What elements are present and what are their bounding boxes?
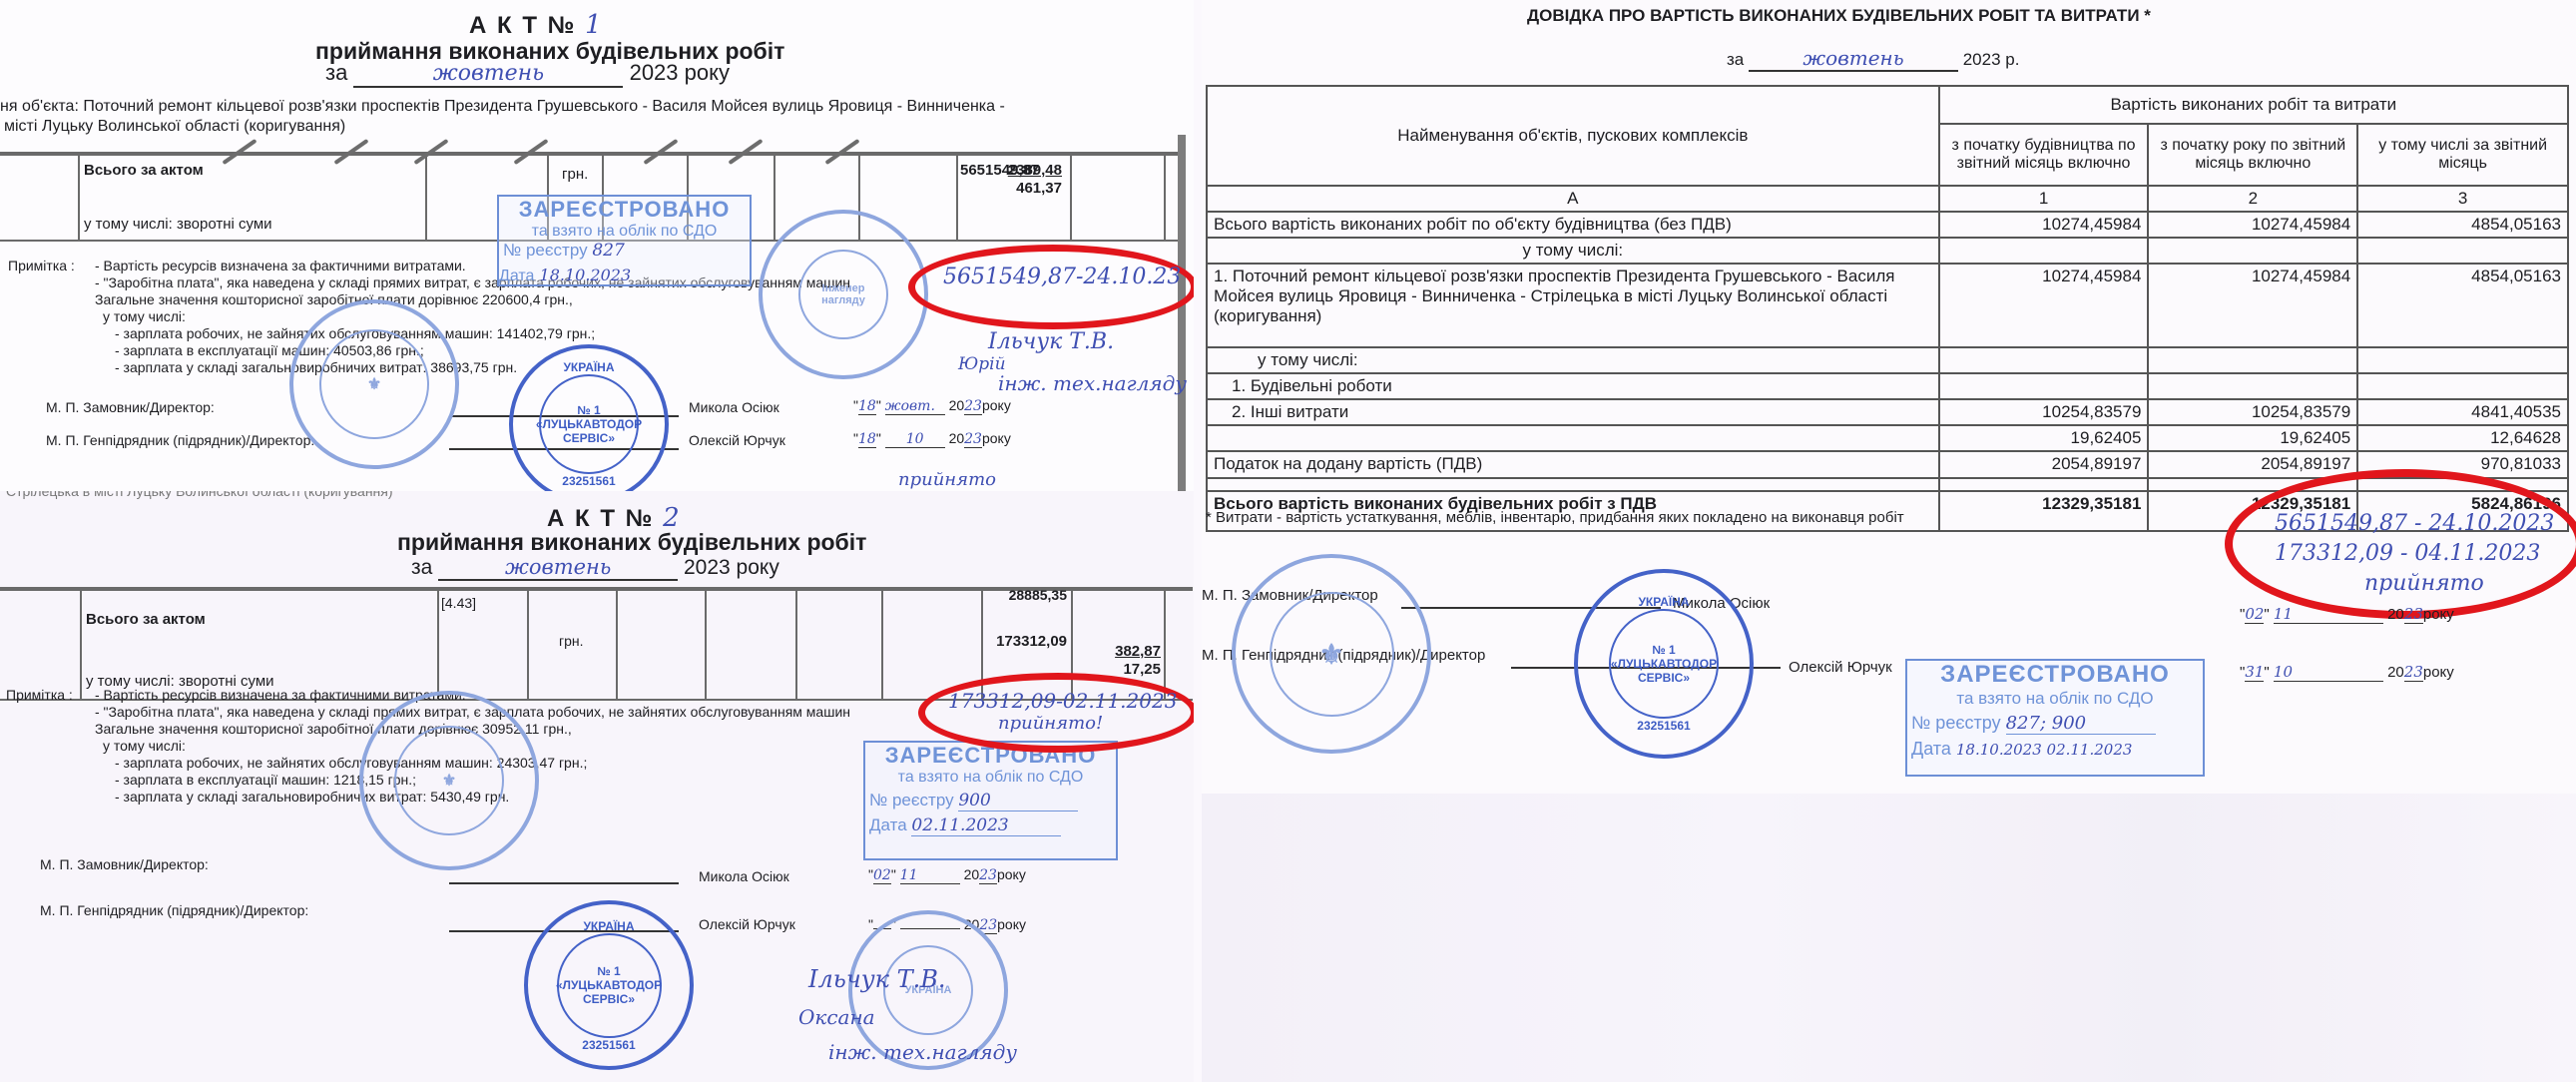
act-1-unit: грн. [562,166,588,183]
row-value-v2: 10274,45984 [2148,264,2357,347]
row-value-v1 [1939,238,2149,264]
row-value-v3: 4854,05163 [2357,212,2568,238]
act-2-code: [4.43] [441,595,476,611]
row-value-v1: 10254,83579 [1939,399,2149,425]
table-row: у тому числі: [1207,347,2568,373]
inspector-seal: Інженернагляду [759,210,928,379]
act-2-note-label: Примітка : [6,687,73,703]
row-value-v3: 4854,05163 [2357,264,2568,347]
row-value-v3: 4841,40535 [2357,399,2568,425]
table-row: у тому числі: [1207,238,2568,264]
act-1-customer-role: М. П. Замовник/Директор: [46,399,215,415]
dovidka-period: за жовтень 2023 р. [1727,46,2019,72]
table-row: 1. Поточний ремонт кільцевої розв'язки п… [1207,264,2568,347]
act-1-stamp-date: Дата 18.10.2023 [499,266,631,285]
act-1-return-label: у тому числі: зворотні суми [84,216,272,233]
blurred-area [1202,794,2576,1082]
row-value-v3: 12,64628 [2357,425,2568,451]
act-2-fraction-bottom: 17,25 [1123,661,1161,678]
row-label: Всього вартість виконаних робіт по об'єк… [1207,212,1939,238]
table-row: 1. Будівельні роботи [1207,373,2568,399]
dovidka-month: жовтень [1749,46,1958,72]
act-1-handwritten-title: інж. тех.нагляду [998,371,1187,395]
row-value-v3 [2357,347,2568,373]
act-1-note-label: Примітка : [8,258,75,273]
act-2-annotation: 173312,09-02.11.2023 [948,689,1177,713]
act-2-cut-line: Стрілецька в місті Луцьку Волинської обл… [6,491,393,499]
act-2-unit: грн. [559,633,584,649]
dovidka-company-seal: УКРАЇНА № 1 «ЛУЦЬКАВТОДОР СЕРВІС» 232515… [1574,569,1754,759]
act-1-handwritten-name: Ільчук Т.В. [988,329,1114,354]
table-row: Всього вартість виконаних робіт по об'єк… [1207,212,2568,238]
act-2-period: за жовтень 2023 року [411,555,779,581]
dovidka-footnote: * Витрати - вартість устаткування, меблі… [1206,509,1904,526]
act-2-customer-role: М. П. Замовник/Директор: [40,856,209,872]
table-row: 2. Інші витрати10254,8357910254,83579484… [1207,399,2568,425]
act-1-number: 1 [585,10,604,40]
act-1-contractor-role: М. П. Генпідрядник (підрядник)/Директор: [46,432,314,448]
col-header-3: у тому числі за звітний місяць [2357,124,2568,186]
act-2-subtitle: приймання виконаних будівельних робіт [397,529,866,556]
group-header: Вартість виконаних робіт та витрати [1939,86,2568,124]
act-1-fraction-bottom: 461,37 [1016,180,1062,197]
row-label: 1. Поточний ремонт кільцевої розв'язки п… [1207,264,1939,347]
dovidka-registration-stamp: ЗАРЕЄСТРОВАНО та взято на облік по СДО №… [1905,659,2205,777]
row-value-v2: 10254,83579 [2148,399,2357,425]
row-value-v2 [2148,373,2357,399]
row-label: у тому числі: [1207,238,1939,264]
dovidka-customer-seal: ⚜ [1232,554,1431,754]
act-1-total-label: Всього за актом [84,162,204,179]
row-value-v1 [1939,347,2149,373]
customer-seal: ⚜ [289,299,459,469]
table-row: 19,6240519,6240512,64628 [1207,425,2568,451]
act-2-fraction-top: 382,87 [1115,643,1161,660]
act-1-customer-date: "18" жовт. 2023року [853,397,1011,415]
act-1-panel: А К Т № 1 приймання виконаних будівельни… [0,0,1194,491]
act-2-handwritten-firstname: Оксана [798,1005,875,1029]
dovidka-table: Найменування об'єктів, пускових комплекс… [1206,85,2569,532]
act-2-total-label: Всього за актом [86,611,206,628]
act-1-object-name: ня об'єкта: Поточний ремонт кільцевої ро… [0,97,1005,137]
act-2-handwritten-title: інж. тех.нагляду [828,1040,1017,1064]
dovidka-contractor-name: Олексій Юрчук [1789,659,1892,676]
row-label: Податок на додану вартість (ПДВ) [1207,451,1939,491]
row-value-v2: 10274,45984 [2148,212,2357,238]
act-2-contractor-name: Олексій Юрчук [699,916,795,932]
act-1-contractor-date: "18" 10 2023року [853,430,1011,448]
act-1-fraction-top: 2389,48 [1008,162,1062,179]
row-value-v1: 10274,45984 [1939,212,2149,238]
act-1-period: за жовтень 2023 року [325,60,730,88]
row-label: 1. Будівельні роботи [1207,373,1939,399]
row-label: у тому числі: [1207,347,1939,373]
act-2-panel: Стрілецька в місті Луцьку Волинської обл… [0,491,1194,1082]
act-2-handwritten-name: Ільчук Т.В. [808,965,946,993]
dovidka-panel: ДОВІДКА ПРО ВАРТІСТЬ ВИКОНАНИХ БУДІВЕЛЬН… [1202,0,2576,1082]
act-1-annotation: 5651549,87-24.10.23 [943,265,1181,289]
act-2-top-value: 28885,35 [1009,587,1067,603]
row-value-v1: 2054,89197 [1939,451,2149,491]
row-value-v1 [1939,373,2149,399]
act-2-customer-name: Микола Осіюк [699,868,789,884]
act-1-title: А К Т № 1 [469,10,604,40]
act-1-contractor-name: Олексій Юрчук [689,432,785,448]
act-2-registration-stamp: ЗАРЕЄСТРОВАНО та взято на облік по СДО №… [863,741,1118,860]
dovidka-customer-date: "02" 11 2023року [2240,605,2454,624]
col-header-1: з початку будівництва по звітний місяць … [1939,124,2149,186]
dovidka-annotation: 5651549,87 - 24.10.2023 173312,09 - 04.1… [2275,509,2554,599]
act-2-customer-seal: ⚜ [359,691,539,870]
row-value-v2 [2148,347,2357,373]
dovidka-title: ДОВІДКА ПРО ВАРТІСТЬ ВИКОНАНИХ БУДІВЕЛЬН… [1527,6,2151,26]
act-1-company-seal: УКРАЇНА № 1 «ЛУЦЬКАВТОДОР СЕРВІС» 232515… [509,344,669,491]
row-value-v2: 19,62405 [2148,425,2357,451]
act-2-company-seal: УКРАЇНА № 1 «ЛУЦЬКАВТОДОР СЕРВІС» 232515… [524,900,694,1070]
row-label [1207,425,1939,451]
act-2-month: жовтень [438,555,678,581]
row-value-v1: 10274,45984 [1939,264,2149,347]
act-1-month: жовтень [353,61,623,88]
row-value-v1: 12329,35181 [1939,491,2149,531]
act-2-annotation-accepted: прийнято! [998,713,1103,734]
col-name-header: Найменування об'єктів, пускових комплекс… [1207,86,1939,186]
row-value-v2 [2148,238,2357,264]
row-value-v3 [2357,238,2568,264]
row-label: 2. Інші витрати [1207,399,1939,425]
act-2-total-value: 173312,09 [996,633,1067,650]
dovidka-contractor-date: "31" 10 2023року [2240,663,2454,682]
row-value-v3 [2357,373,2568,399]
act-2-contractor-role: М. П. Генпідрядник (підрядник)/Директор: [40,902,308,918]
act-1-handwritten-accepted: прийнято [898,469,996,490]
col-header-2: з початку року по звітний місяць включно [2148,124,2357,186]
row-value-v1: 19,62405 [1939,425,2149,451]
act-2-customer-date: "02" 11 2023року [868,866,1026,884]
act-1-customer-name: Микола Осіюк [689,399,779,415]
